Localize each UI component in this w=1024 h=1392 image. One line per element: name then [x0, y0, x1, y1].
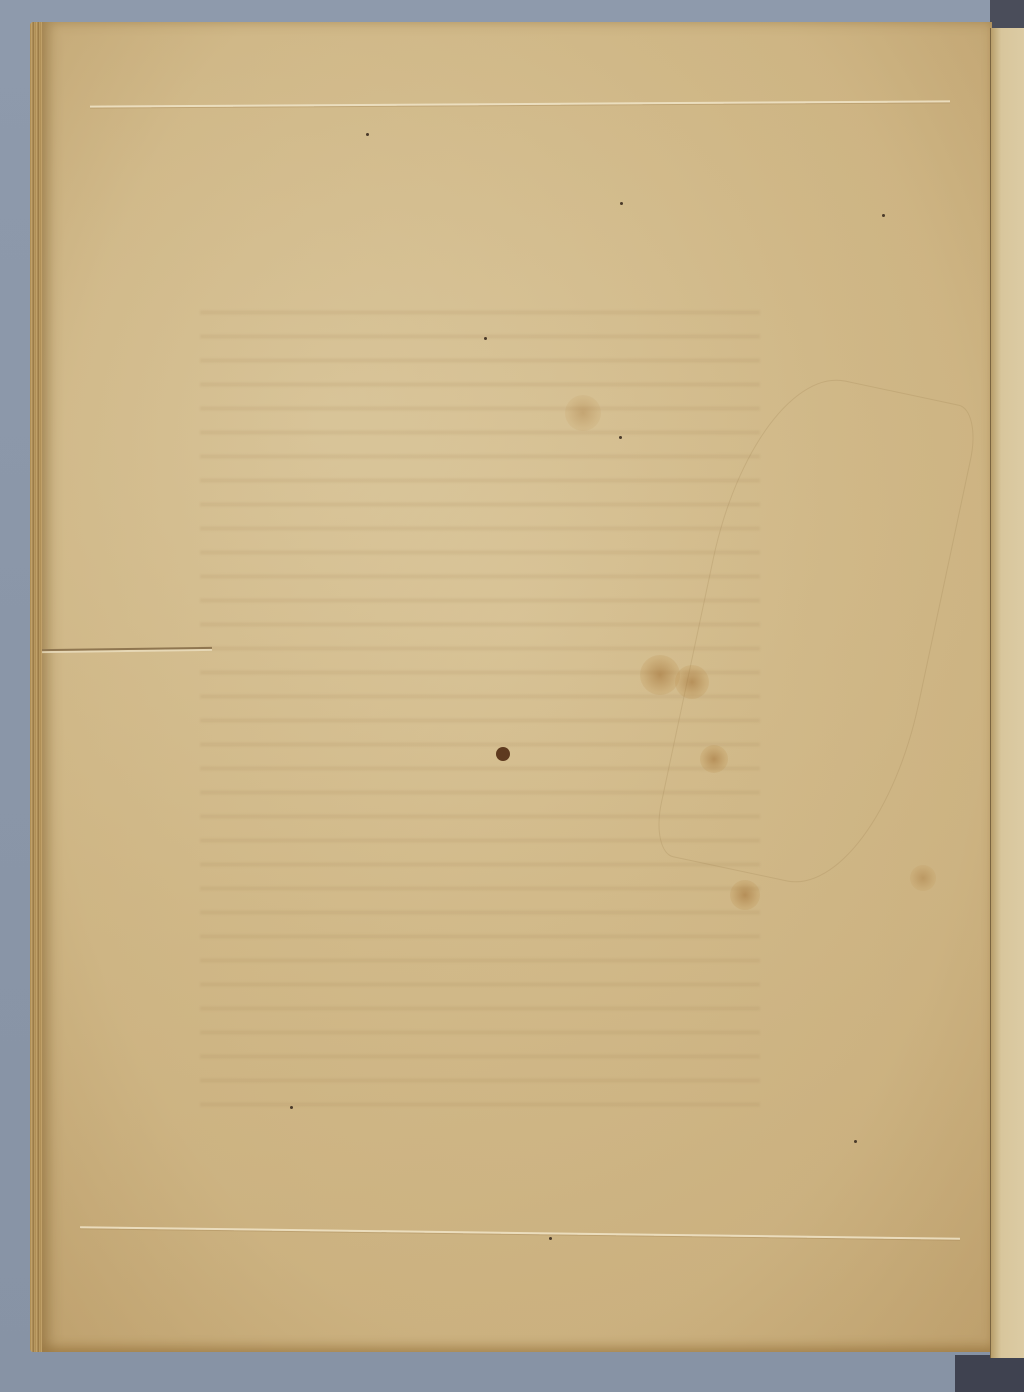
facing-page-edge: [990, 28, 1024, 1358]
ink-dot: [496, 747, 510, 761]
speck: [620, 202, 623, 205]
foxing-stain: [640, 655, 680, 695]
speck: [882, 214, 885, 217]
foxing-stain: [910, 865, 936, 891]
speck: [854, 1140, 857, 1143]
speck: [619, 436, 622, 439]
speck: [366, 133, 369, 136]
foxing-stain: [565, 395, 601, 431]
speck: [290, 1106, 293, 1109]
foxing-stain: [675, 665, 709, 699]
binding-cloth-bottom: [955, 1355, 1024, 1392]
binding-cloth-top: [990, 0, 1024, 28]
foxing-stain: [730, 880, 760, 910]
speck: [549, 1237, 552, 1240]
speck: [484, 337, 487, 340]
ink-show-through: [200, 300, 760, 1120]
foxing-stain: [700, 745, 728, 773]
